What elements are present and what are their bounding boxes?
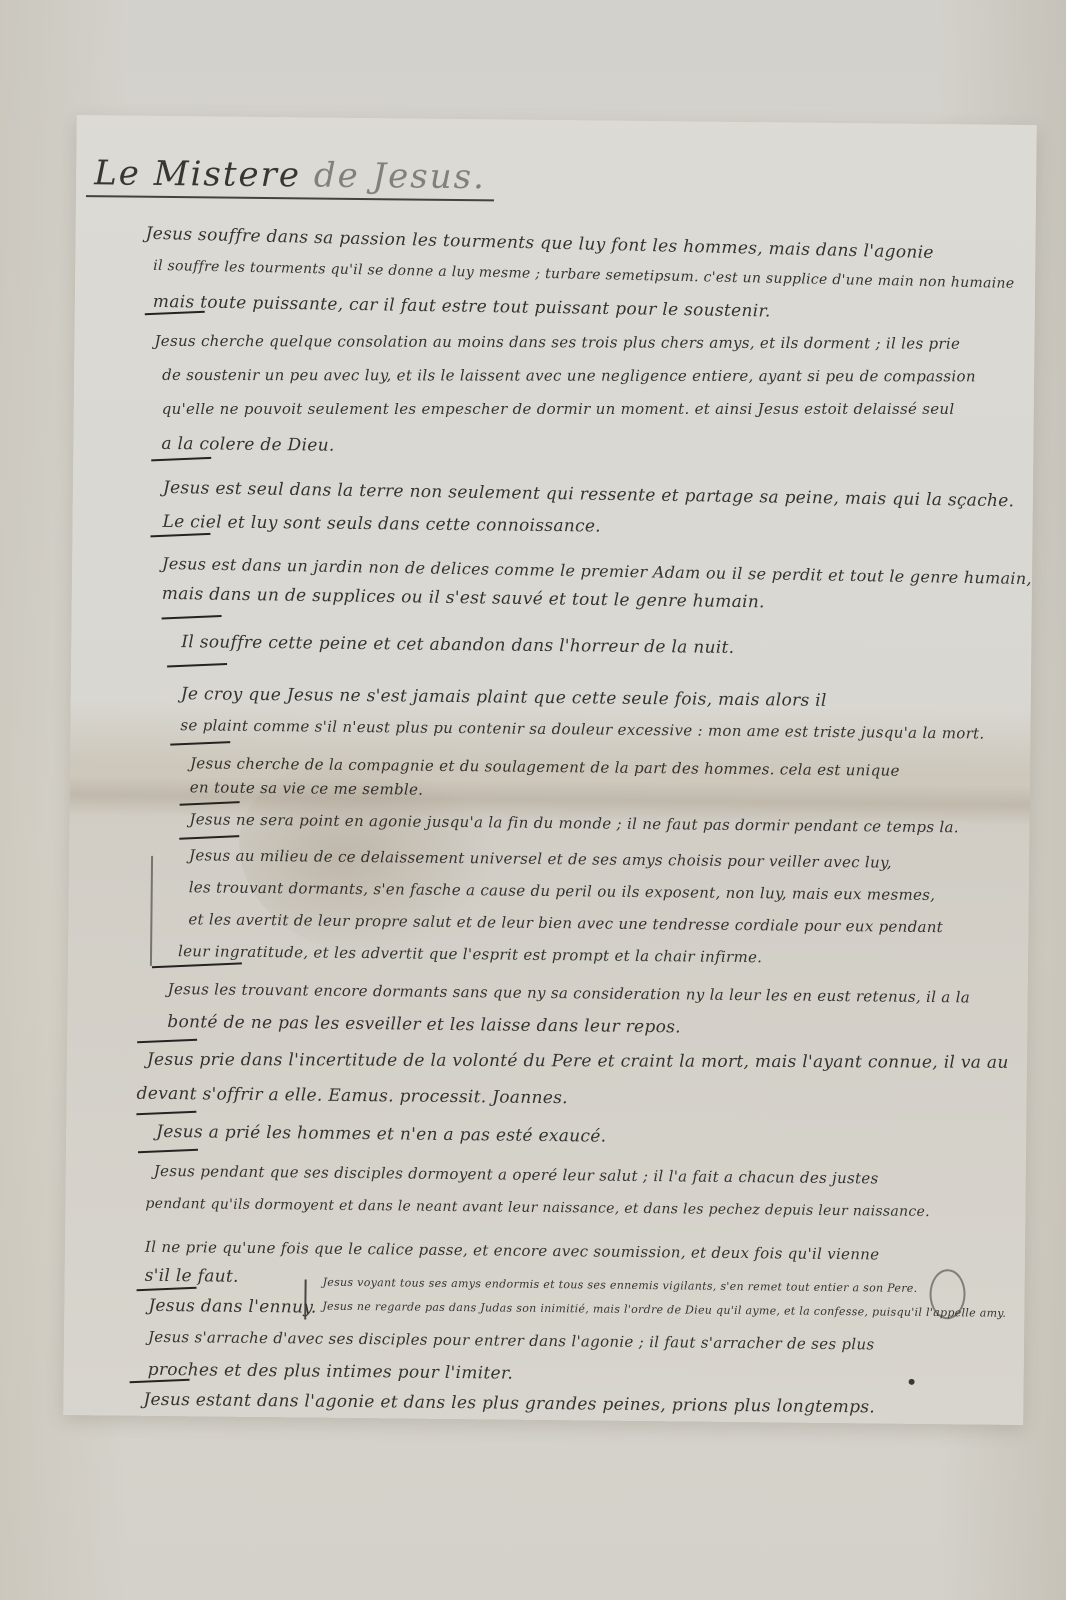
section-rule	[162, 615, 222, 620]
photograph-background: Le Mistere de Jesus. Jesus souffre dans …	[0, 0, 1066, 1600]
section-rule	[151, 457, 211, 462]
section-rule	[137, 1287, 197, 1292]
section-rule	[167, 663, 227, 668]
section-rule	[179, 835, 239, 840]
manuscript-line: Jesus les trouvant encore dormants sans …	[168, 980, 971, 1006]
manuscript-line: leur ingratitude, et les advertit que l'…	[178, 942, 762, 966]
manuscript-line: a la colere de Dieu.	[161, 434, 334, 456]
manuscript-line: Jesus pendant que ses disciples dormoyen…	[154, 1162, 879, 1188]
manuscript-line: Jesus a prié les hommes et n'en a pas es…	[156, 1122, 606, 1147]
manuscript-line: devant s'offrir a elle. Eamus. processit…	[136, 1084, 567, 1109]
manuscript-line: mais toute puissante, car il faut estre …	[153, 292, 771, 322]
section-rule	[137, 1039, 197, 1044]
manuscript-line: Jesus est dans un jardin non de delices …	[162, 554, 1032, 588]
manuscript-line: Jesus dans l'ennuy.	[148, 1296, 316, 1318]
manuscript-line: Le ciel et luy sont seuls dans cette con…	[162, 512, 601, 537]
margin-bracket	[304, 1279, 306, 1319]
manuscript-line: Jesus s'arrache d'avec ses disciples pou…	[148, 1328, 875, 1354]
manuscript-line: Jesus ne regarde pas dans Judas son inim…	[322, 1300, 1006, 1320]
section-rule	[136, 1111, 196, 1116]
manuscript-line: Je croy que Jesus ne s'est jamais plaint…	[181, 684, 827, 711]
manuscript-line: Jesus prie dans l'incertitude de la volo…	[147, 1050, 1009, 1073]
manuscript-line: Jesus souffre dans sa passion les tourme…	[145, 224, 934, 263]
section-rule	[170, 741, 230, 746]
manuscript-sheet: Le Mistere de Jesus. Jesus souffre dans …	[63, 115, 1037, 1425]
title-rest: de Jesus.	[314, 155, 486, 197]
title-main: Le Mistere	[94, 153, 301, 195]
manuscript-line: Jesus estant dans l'agonie et dans les p…	[143, 1390, 875, 1418]
manuscript-line: Jesus voyant tous ses amys endormis et t…	[323, 1276, 918, 1295]
section-rule	[150, 533, 210, 538]
section-rule	[152, 962, 242, 968]
manuscript-line: qu'elle ne pouvoit seulement les empesch…	[162, 400, 955, 418]
manuscript-title: Le Mistere de Jesus.	[86, 153, 494, 201]
manuscript-line: Jesus est seul dans la terre non seuleme…	[163, 478, 1015, 511]
manuscript-line: Il souffre cette peine et cet abandon da…	[181, 632, 734, 658]
manuscript-line: en toute sa vie ce me semble.	[190, 778, 424, 798]
manuscript-line: se plaint comme s'il n'eust plus pu cont…	[180, 716, 984, 742]
manuscript-line: il souffre les tourments qu'il se donne …	[153, 258, 1014, 292]
manuscript-line: pendant qu'ils dormoyent et dans le nean…	[145, 1196, 930, 1220]
ink-dot	[909, 1379, 915, 1385]
manuscript-line: s'il le faut.	[145, 1266, 239, 1287]
manuscript-line: mais dans un de supplices ou il s'est sa…	[162, 584, 765, 612]
section-rule	[130, 1379, 190, 1384]
manuscript-line: Jesus cherche quelque consolation au moi…	[154, 332, 960, 353]
manuscript-line: bonté de ne pas les esveiller et les lai…	[167, 1012, 681, 1037]
manuscript-line: de soustenir un peu avec luy, et ils le …	[162, 366, 976, 385]
margin-bracket	[150, 856, 153, 966]
manuscript-line: proches et des plus intimes pour l'imite…	[148, 1360, 514, 1384]
manuscript-line: Il ne prie qu'une fois que le calice pas…	[145, 1238, 880, 1264]
section-rule	[138, 1149, 198, 1154]
